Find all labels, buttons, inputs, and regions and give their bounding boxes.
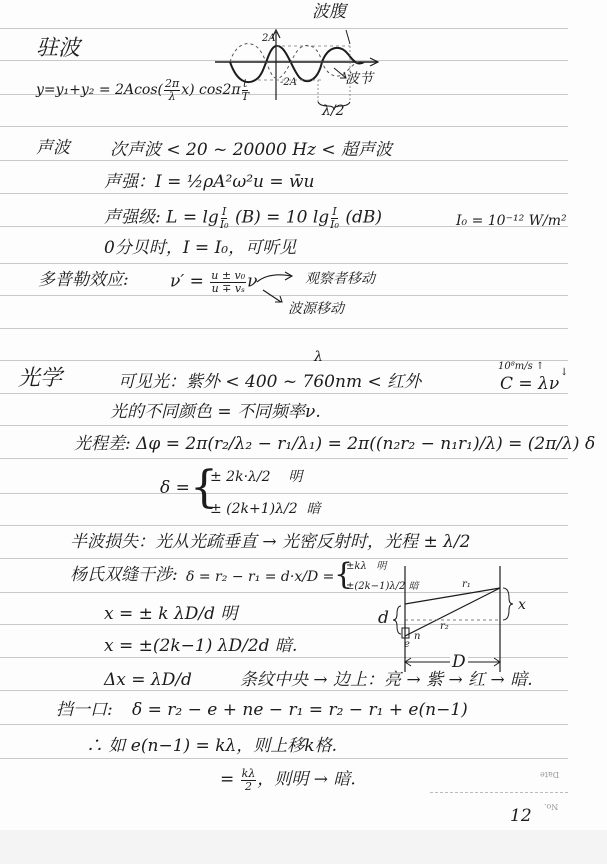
positive-amplitude-label: 2A xyxy=(262,34,276,44)
visible-light-range: 可见光：紫外 < 400 ~ 760nm < 红外 xyxy=(118,374,421,391)
bright-fringe-position: x = ± k λD/d 明 xyxy=(104,606,237,623)
fringe-spacing: Δx = λD/d xyxy=(104,672,192,689)
doppler-source-moving: 波源移动 xyxy=(288,302,344,316)
slit-cover-case-flip: = kλ2，则明 → 暗. xyxy=(220,768,356,792)
doppler-observer-moving: 观察者移动 xyxy=(305,272,375,286)
reference-intensity: I₀ = 10⁻¹² W/m² xyxy=(456,214,567,228)
young-double-slit-label: 杨氏双缝干涉: xyxy=(70,567,178,584)
light-speed-value: 10⁸m/s ↑ xyxy=(498,362,544,372)
young-case-bright: ±kλ 明 xyxy=(346,562,386,572)
negative-amplitude-label: -2A xyxy=(280,78,297,88)
optical-path-difference: 光程差: Δφ = 2π(r₂/λ₂ − r₁/λ₁) = 2π((n₂r₂ −… xyxy=(74,436,595,453)
r1-label: r₁ xyxy=(462,580,471,590)
slit-cover-formula: δ = r₂ − e + ne − r₁ = r₂ − r₁ + e(n−1) xyxy=(132,702,468,719)
doppler-label: 多普勒效应: xyxy=(38,272,129,289)
standing-wave-heading: 驻波 xyxy=(36,38,80,60)
index-n-label: n xyxy=(414,632,420,642)
x-label: x xyxy=(518,598,526,612)
no-label: No. xyxy=(544,802,558,810)
delta-case-bright: ± 2k·λ/2 明 xyxy=(210,470,302,484)
page-number: 12 xyxy=(510,808,532,825)
date-label: Date xyxy=(540,770,559,778)
half-wave-loss: 半波损失：光从光疏垂直 → 光密反射时，光程 ± λ/2 xyxy=(70,534,470,551)
lambda-mark: λ xyxy=(314,350,323,364)
dark-fringe-position: x = ±(2k−1) λD/2d 暗. xyxy=(104,638,297,655)
color-frequency-note: 光的不同颜色 = 不同频率ν. xyxy=(110,404,321,421)
delta-case-dark: ± (2k+1)λ/2 暗 xyxy=(210,502,321,516)
light-speed-formula: C = λν xyxy=(500,376,559,393)
half-wavelength-label: λ/2 xyxy=(322,104,345,118)
slit-cover-case-shift: ∴ 如 e(n−1) = kλ，则上移k格. xyxy=(86,738,337,755)
sound-intensity: 声强：I = ½ρA²ω²u = w̄u xyxy=(104,174,315,191)
standing-wave-diagram xyxy=(210,20,380,110)
slit-separation-label: d xyxy=(378,610,389,627)
optics-heading: 光学 xyxy=(18,368,62,390)
slit-cover-label: 挡一口: xyxy=(56,702,113,719)
sound-wave-heading: 声波 xyxy=(36,140,70,157)
frequency-down-arrow: ↓ xyxy=(560,368,568,378)
notebook-page: 驻波 y=y₁+y₂ = 2Acos(2πλx) cos2πtT 2A -2A … xyxy=(0,0,607,864)
screen-distance-label: D xyxy=(450,654,468,671)
delta-lhs: δ = xyxy=(160,480,190,497)
r2-label: r₂ xyxy=(440,622,449,632)
sound-intensity-level: 声强级: L = lgII₀ (B) = 10 lgII₀ (dB) xyxy=(104,206,382,230)
node-label: 波节 xyxy=(345,72,373,86)
doppler-formula: ν′ = u ± v₀u ∓ vₛν xyxy=(170,270,258,294)
zero-db-note: 0分贝时，I = I₀，可听见 xyxy=(104,240,296,257)
antinode-label: 波腹 xyxy=(312,4,346,21)
scan-bottom-margin xyxy=(0,830,607,864)
sound-frequency-range: 次声波 < 20 ~ 20000 Hz < 超声波 xyxy=(110,142,392,159)
thickness-e-label: e xyxy=(404,640,410,650)
young-path-difference: δ = r₂ − r₁ = d·x/D = xyxy=(186,570,334,584)
